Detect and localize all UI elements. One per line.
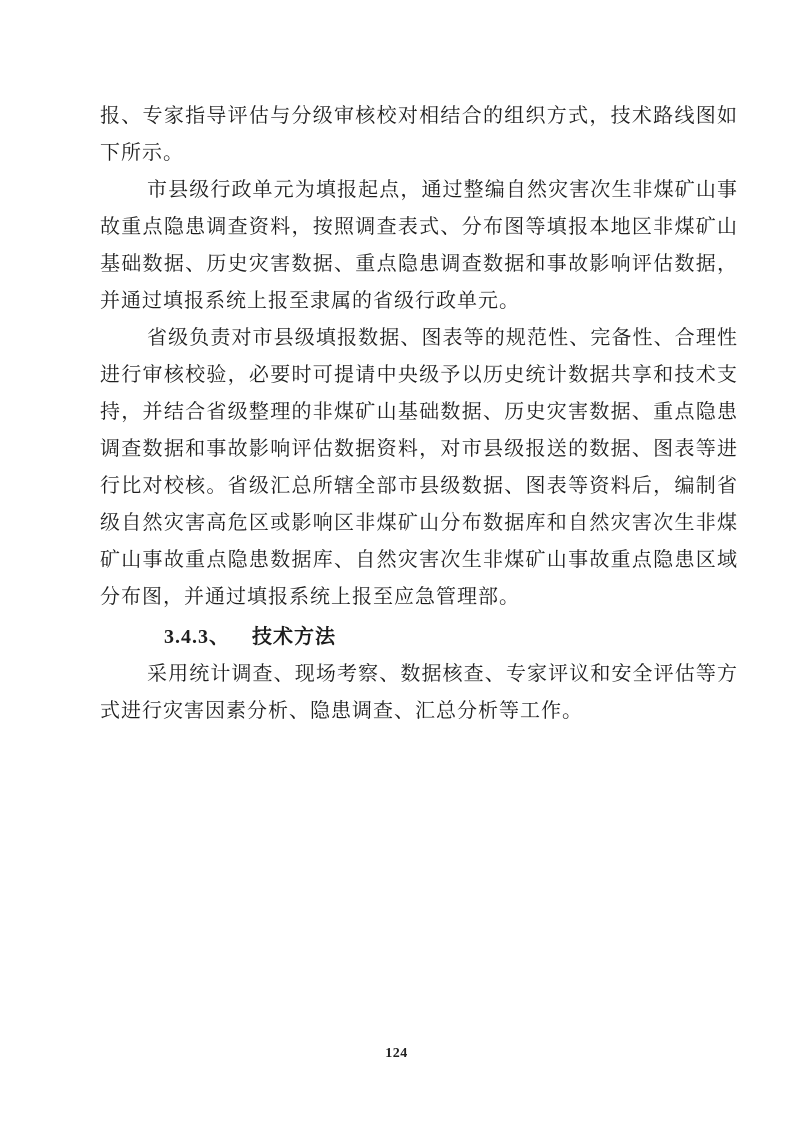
paragraph-city-county-reporting: 市县级行政单元为填报起点，通过整编自然灾害次生非煤矿山事故重点隐患调查资料，按照… bbox=[100, 172, 738, 320]
paragraph-provincial-review: 省级负责对市县级填报数据、图表等的规范性、完备性、合理性进行审核校验，必要时可提… bbox=[100, 320, 738, 616]
section-heading: 3.4.3、技术方法 bbox=[100, 619, 738, 656]
document-page: 报、专家指导评估与分级审核校对相结合的组织方式，技术路线图如下所示。 市县级行政… bbox=[0, 0, 793, 1122]
paragraph-technical-methods: 采用统计调查、现场考察、数据核查、专家评议和安全评估等方式进行灾害因素分析、隐患… bbox=[100, 656, 738, 730]
document-body: 报、专家指导评估与分级审核校对相结合的组织方式，技术路线图如下所示。 市县级行政… bbox=[100, 98, 738, 730]
section-heading-title: 技术方法 bbox=[252, 626, 336, 648]
section-heading-number: 3.4.3、 bbox=[164, 626, 230, 648]
paragraph-continuation: 报、专家指导评估与分级审核校对相结合的组织方式，技术路线图如下所示。 bbox=[100, 98, 738, 172]
page-number: 124 bbox=[0, 1046, 793, 1062]
